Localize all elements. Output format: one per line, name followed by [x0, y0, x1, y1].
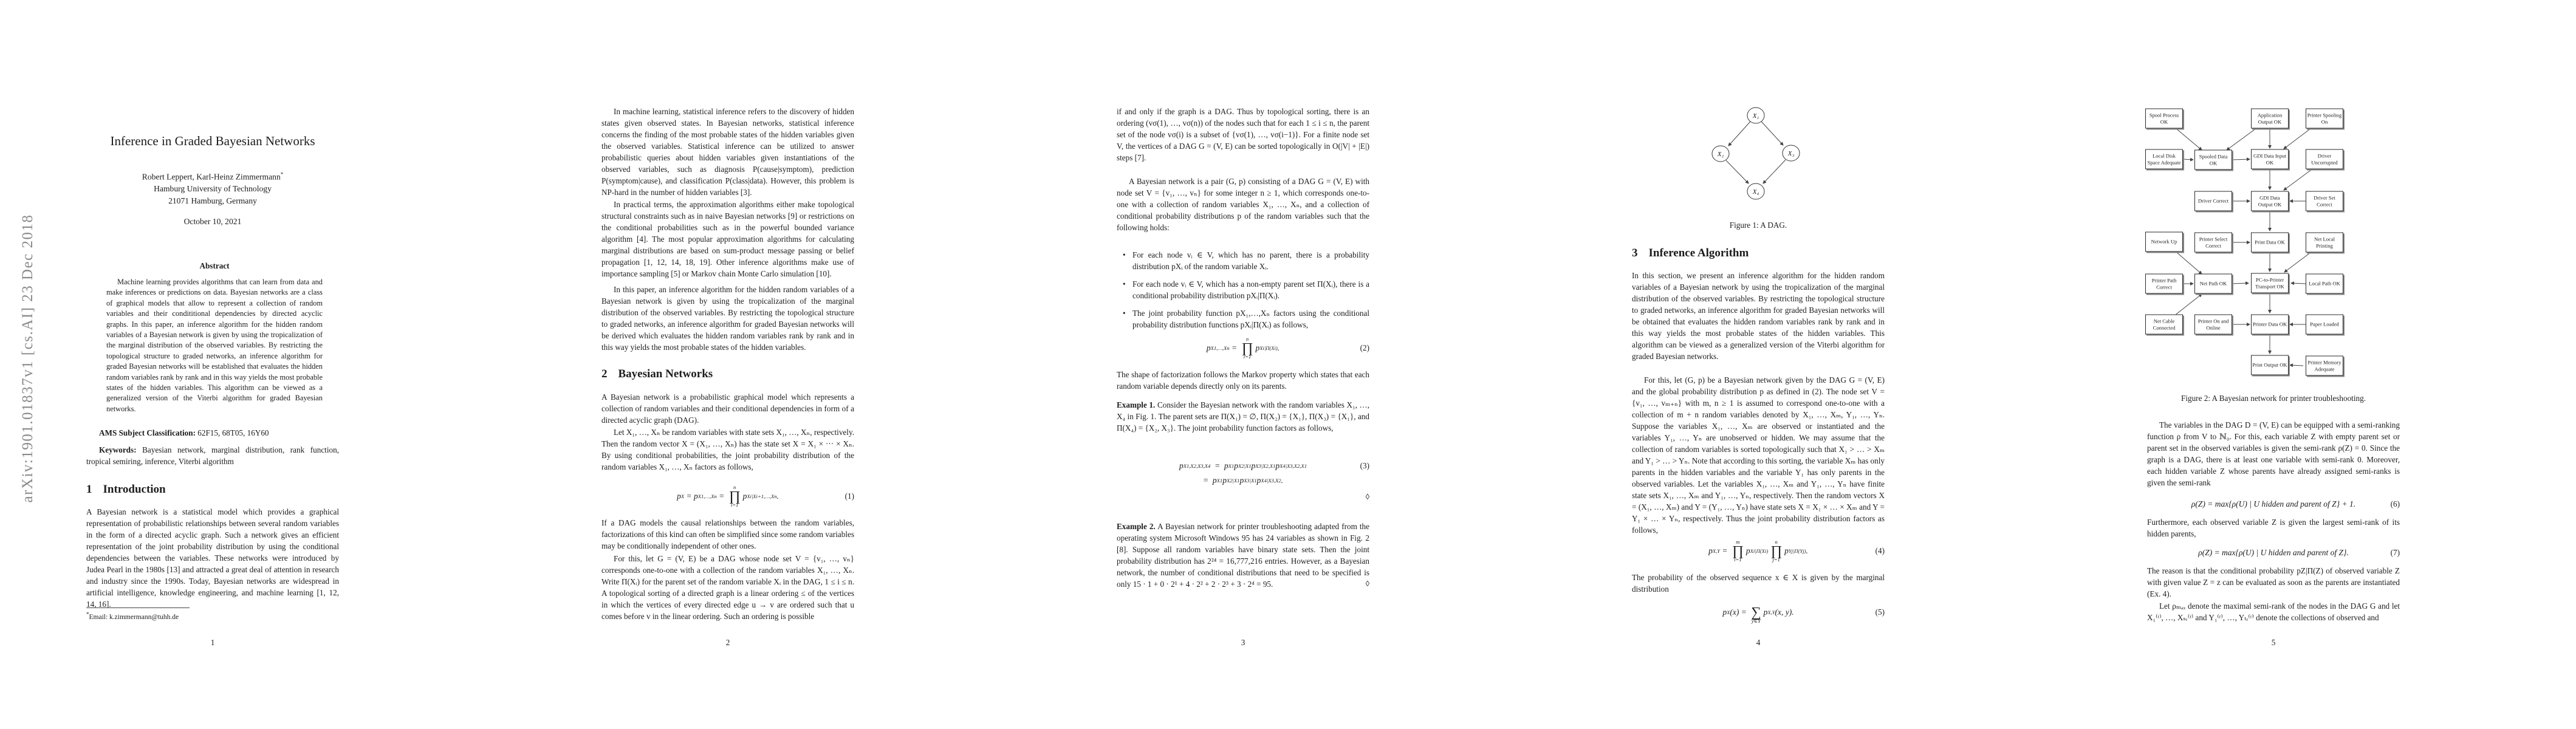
flow-node: PC-to-Printer Transport OK [2251, 273, 2289, 293]
abstract-heading: Abstract [106, 261, 323, 271]
flow-node: Local Disk Space Adequate [2145, 149, 2183, 169]
example-2-label: Example 2. [1117, 522, 1156, 531]
flow-node: Print Data OK [2251, 233, 2289, 253]
paragraph: The shape of factorization follows the M… [1117, 369, 1369, 392]
footnote: *Email: k.zimmermann@tuhh.de [86, 611, 339, 621]
dag-node-label: X₂ [1717, 151, 1724, 158]
example-end-marker: ◊ [1117, 579, 1369, 589]
affiliation-line-1: Hamburg University of Technology [86, 183, 339, 195]
keywords: Keywords: Bayesian network, marginal dis… [86, 444, 339, 467]
equation-5: pX(x) = ∑y∈YpX,Y(x, y).(5) [1632, 598, 1885, 626]
page-number-2: 2 [601, 638, 854, 648]
flow-node: Local Path OK [2306, 274, 2343, 294]
equation-1: pX = pX1,…,Xn = n∏i=1pXi|Xi+1,…,Xn.(1) [601, 482, 854, 511]
ams-classification: AMS Subject Classification: 62F15, 68T05… [86, 427, 339, 439]
equation-6: ρ(Z) = max{ρ(U) | U hidden and parent of… [2147, 497, 2400, 512]
paragraph: The probability of the observed sequence… [1632, 572, 1885, 595]
flow-node: Net Local Printing [2306, 233, 2343, 253]
paper-title: Inference in Graded Bayesian Networks [86, 134, 339, 149]
figure-2-caption: Figure 2: A Bayesian network for printer… [2147, 394, 2400, 403]
keywords-label: Keywords: [99, 445, 137, 454]
flow-node: Print Output OK [2251, 355, 2289, 375]
page-number-4: 4 [1632, 638, 1885, 648]
paragraph: If a DAG models the causal relationships… [601, 517, 854, 552]
author-footnote-mark: * [281, 171, 284, 177]
flow-node: Printer Memory Adequate [2306, 356, 2343, 376]
paper-screenshot: arXiv:1901.01837v1 [cs.AI] 23 Dec 2018 I… [0, 0, 2576, 729]
paragraph: Let ρₘₐₓ denote the maximal semi-rank of… [2147, 600, 2400, 623]
figure-1-dag-diagram: X₁ X₂ X₃ X₄ [1707, 104, 1810, 208]
ams-value: 62F15, 68T05, 16Y60 [197, 428, 269, 437]
page-5: Spool Process OKApplication Output OKPri… [2061, 0, 2576, 729]
paragraph: In practical terms, the approximation al… [601, 199, 854, 279]
flow-node: Printer Select Correct [2194, 233, 2232, 253]
page-3: if and only if the graph is a DAG. Thus … [1030, 0, 1546, 729]
arxiv-sidebar-label: arXiv:1901.01837v1 [cs.AI] 23 Dec 2018 [19, 214, 36, 503]
page-2: In machine learning, statistical inferen… [515, 0, 1030, 729]
example-1: Example 1. Consider the Bayesian network… [1117, 399, 1369, 434]
paragraph: The variables in the DAG D = (V, E) can … [2147, 419, 2400, 488]
author-block: Robert Leppert, Karl-Heinz Zimmermann* H… [86, 169, 339, 207]
paragraph: if and only if the graph is a DAG. Thus … [1117, 106, 1369, 163]
intro-paragraph: A Bayesian network is a statistical mode… [86, 506, 339, 610]
flow-node: Net Path OK [2194, 274, 2232, 294]
example-end-marker: ◊ [1117, 492, 1369, 502]
equation-4: pX,Y = m∏i=1pXi|Π(Xi)n∏j=1pYj|Π(Yj).(4) [1632, 536, 1885, 566]
equation-2: pX1,…,Xn = n∏i=1pXi|Π(Xi).(2) [1117, 334, 1369, 363]
paragraph: In this paper, an inference algorithm fo… [601, 284, 854, 353]
bullet-item: For each node vᵢ ∈ V, which has no paren… [1132, 249, 1369, 272]
abstract-text: Machine learning provides algorithms tha… [106, 277, 323, 414]
paper-date: October 10, 2021 [86, 217, 339, 227]
page-number-5: 5 [2147, 638, 2400, 648]
section-1-heading: 1Introduction [86, 483, 339, 496]
bullet-item: The joint probability function pX₁,…,Xₙ … [1132, 307, 1369, 330]
footnote-text: Email: k.zimmermann@tuhh.de [89, 614, 179, 621]
figure-2-printer-network: Spool Process OKApplication Output OKPri… [2140, 104, 2352, 390]
affiliation-line-2: 21071 Hamburg, Germany [86, 195, 339, 207]
dag-node-label: X₃ [1787, 150, 1795, 157]
authors-line: Robert Leppert, Karl-Heinz Zimmermann* [86, 169, 339, 183]
example-1-text: Consider the Bayesian network with the r… [1117, 400, 1369, 433]
flow-node: Spooled Data OK [2194, 150, 2232, 170]
flow-node: GDI Data Input OK [2251, 149, 2289, 169]
flow-node: Driver Uncorrupted [2306, 149, 2343, 169]
flow-node: Paper Loaded [2306, 315, 2343, 335]
paragraph: A Bayesian network is a pair (G, p) cons… [1117, 176, 1369, 233]
footnote-rule [86, 607, 190, 608]
paragraph: The reason is that the conditional proba… [2147, 565, 2400, 600]
flow-node: Application Output OK [2251, 109, 2289, 129]
flow-node: Spool Process OK [2145, 109, 2183, 129]
page-1: arXiv:1901.01837v1 [cs.AI] 23 Dec 2018 I… [0, 0, 515, 729]
paragraph: Let X₁, …, Xₙ be random variables with s… [601, 426, 854, 473]
flow-node: Printer Path Correct [2145, 274, 2183, 294]
equation-3-line-2: = pX1pX2|X1pX3|X1pX4|X3,X2. [1117, 474, 1369, 487]
flow-node: Printer Spooling On [2306, 109, 2343, 129]
flow-node: Driver Correct [2194, 191, 2232, 211]
paragraph: A Bayesian network is a probabilistic gr… [601, 391, 854, 426]
section-3-heading: 3Inference Algorithm [1632, 247, 1885, 260]
paragraph: Furthermore, each observed variable Z is… [2147, 516, 2400, 539]
paragraph: In this section, we present an inference… [1632, 270, 1885, 362]
flow-node: Printer On and Online [2194, 315, 2232, 335]
dag-node-label: X₁ [1752, 112, 1759, 120]
paragraph: In machine learning, statistical inferen… [601, 106, 854, 198]
page-4: X₁ X₂ X₃ X₄ Figure 1: A DAG. 3Inference … [1546, 0, 2061, 729]
paragraph: For this, let G = (V, E) be a DAG whose … [601, 553, 854, 622]
ams-label: AMS Subject Classification: [99, 428, 196, 437]
paragraph: For this, let (G, p) be a Bayesian netwo… [1632, 374, 1885, 536]
equation-7: ρ(Z) = max{ρ(U) | U hidden and parent of… [2147, 546, 2400, 560]
section-2-heading: 2Bayesian Networks [601, 368, 854, 381]
flow-node: Printer Data OK [2251, 315, 2289, 335]
flow-node: Net Cable Connected [2145, 315, 2183, 335]
flow-node: GDI Data Output OK [2251, 191, 2289, 211]
figure-1-caption: Figure 1: A DAG. [1632, 221, 1885, 230]
page-number-3: 3 [1117, 638, 1369, 648]
dag-node-label: X₄ [1752, 188, 1759, 196]
page-number-1: 1 [86, 638, 339, 648]
bullet-item: For each node vᵢ ∈ V, which has a non-em… [1132, 278, 1369, 301]
example-1-label: Example 1. [1117, 400, 1155, 409]
equation-3-line-1: pX1,X2,X3,X4 = pX1pX2|X1pX3|X2,X1pX4|X3,… [1117, 459, 1369, 473]
flow-node: Driver Set Correct [2306, 191, 2343, 211]
flow-node: Network Up [2145, 232, 2183, 252]
